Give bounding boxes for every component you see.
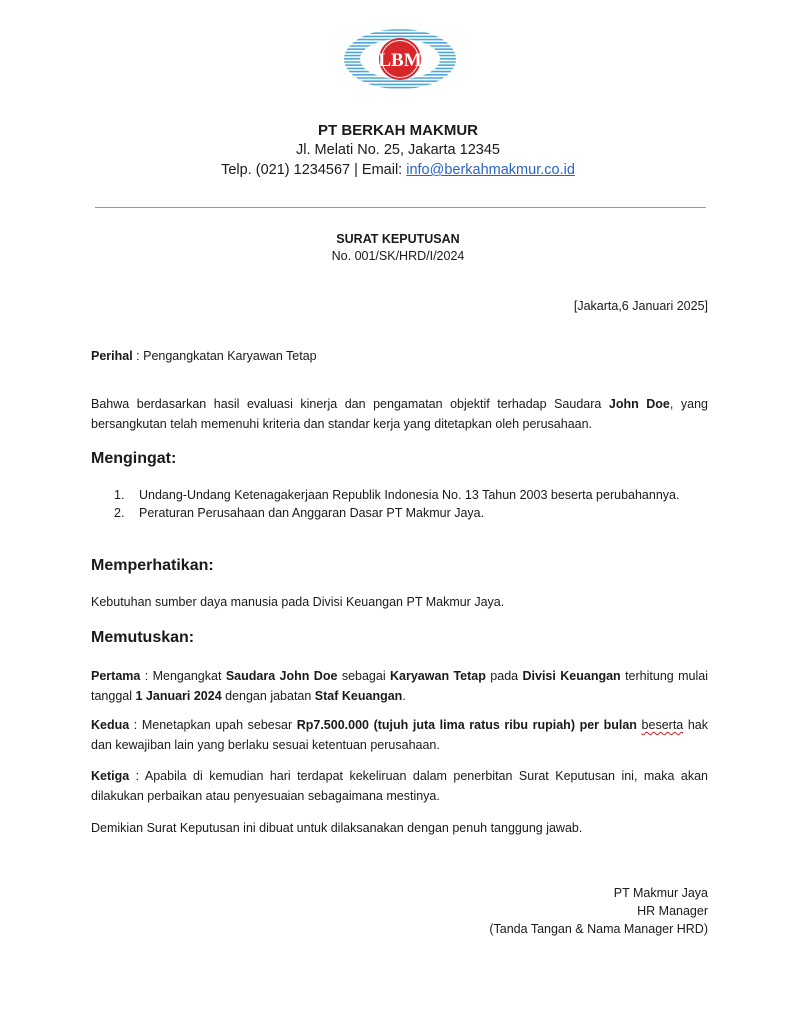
list-text: Peraturan Perusahaan dan Anggaran Dasar … <box>139 506 484 520</box>
intro-paragraph: Bahwa berdasarkan hasil evaluasi kinerja… <box>91 394 708 434</box>
list-text: Undang-Undang Ketenagakerjaan Republik I… <box>139 488 679 502</box>
mengingat-list: 1.Undang-Undang Ketenagakerjaan Republik… <box>91 486 708 522</box>
text: : Menetapkan upah sebesar <box>129 718 297 732</box>
company-address: Jl. Melati No. 25, Jakarta 12345 <box>0 142 796 158</box>
text: sebagai <box>337 669 390 683</box>
bold-text: Divisi Keuangan <box>523 669 621 683</box>
memperhatikan-text: Kebutuhan sumber daya manusia pada Divis… <box>91 592 708 612</box>
signature-company: PT Makmur Jaya <box>489 884 708 902</box>
text: : Apabila di kemudian hari terdapat keke… <box>91 769 708 803</box>
decision-label: Ketiga <box>91 769 129 783</box>
company-name: PT BERKAH MAKMUR <box>0 122 796 139</box>
list-item: 1.Undang-Undang Ketenagakerjaan Republik… <box>91 486 708 504</box>
document-number: No. 001/SK/HRD/I/2024 <box>0 249 796 263</box>
bold-text: Saudara John Doe <box>226 669 338 683</box>
text: . <box>402 689 405 703</box>
document-date: [Jakarta,6 Januari 2025] <box>91 296 708 316</box>
document-title: SURAT KEPUTUSAN <box>0 232 796 246</box>
subject-label: Perihal <box>91 349 133 363</box>
logo-text: LBM <box>378 50 421 71</box>
subject-text: : Pengangkatan Karyawan Tetap <box>133 349 317 363</box>
signature-placeholder: (Tanda Tangan & Nama Manager HRD) <box>489 920 708 938</box>
decision-label: Kedua <box>91 718 129 732</box>
intro-name: John Doe <box>609 397 670 411</box>
heading-memutuskan: Memutuskan: <box>91 629 194 647</box>
decision-kedua: Kedua : Menetapkan upah sebesar Rp7.500.… <box>91 715 708 755</box>
bold-text: 1 Januari 2024 <box>135 689 221 703</box>
company-contact: Telp. (021) 1234567 | Email: info@berkah… <box>0 162 796 178</box>
closing-statement: Demikian Surat Keputusan ini dibuat untu… <box>91 818 708 838</box>
company-logo: LBM <box>343 28 457 90</box>
list-number: 2. <box>114 504 124 522</box>
decision-pertama: Pertama : Mengangkat Saudara John Doe se… <box>91 666 708 706</box>
heading-memperhatikan: Memperhatikan: <box>91 557 214 575</box>
signature-role: HR Manager <box>489 902 708 920</box>
signature-block: PT Makmur Jaya HR Manager (Tanda Tangan … <box>489 884 708 938</box>
list-number: 1. <box>114 486 124 504</box>
intro-text: Bahwa berdasarkan hasil evaluasi kinerja… <box>91 397 609 411</box>
list-item: 2.Peraturan Perusahaan dan Anggaran Dasa… <box>91 504 708 522</box>
decision-ketiga: Ketiga : Apabila di kemudian hari terdap… <box>91 766 708 806</box>
decision-label: Pertama <box>91 669 140 683</box>
spellcheck-flagged-word[interactable]: beserta <box>642 718 684 732</box>
bold-text: Karyawan Tetap <box>390 669 486 683</box>
contact-phone: Telp. (021) 1234567 | Email: <box>221 162 406 178</box>
bold-text: Rp7.500.000 (tujuh juta lima ratus ribu … <box>297 718 637 732</box>
heading-mengingat: Mengingat: <box>91 450 176 468</box>
text: dengan jabatan <box>222 689 315 703</box>
email-link[interactable]: info@berkahmakmur.co.id <box>406 162 575 178</box>
subject-line: Perihal : Pengangkatan Karyawan Tetap <box>91 346 708 366</box>
bold-text: Staf Keuangan <box>315 689 403 703</box>
text: pada <box>486 669 523 683</box>
text: : Mengangkat <box>140 669 225 683</box>
header-divider <box>95 207 706 208</box>
